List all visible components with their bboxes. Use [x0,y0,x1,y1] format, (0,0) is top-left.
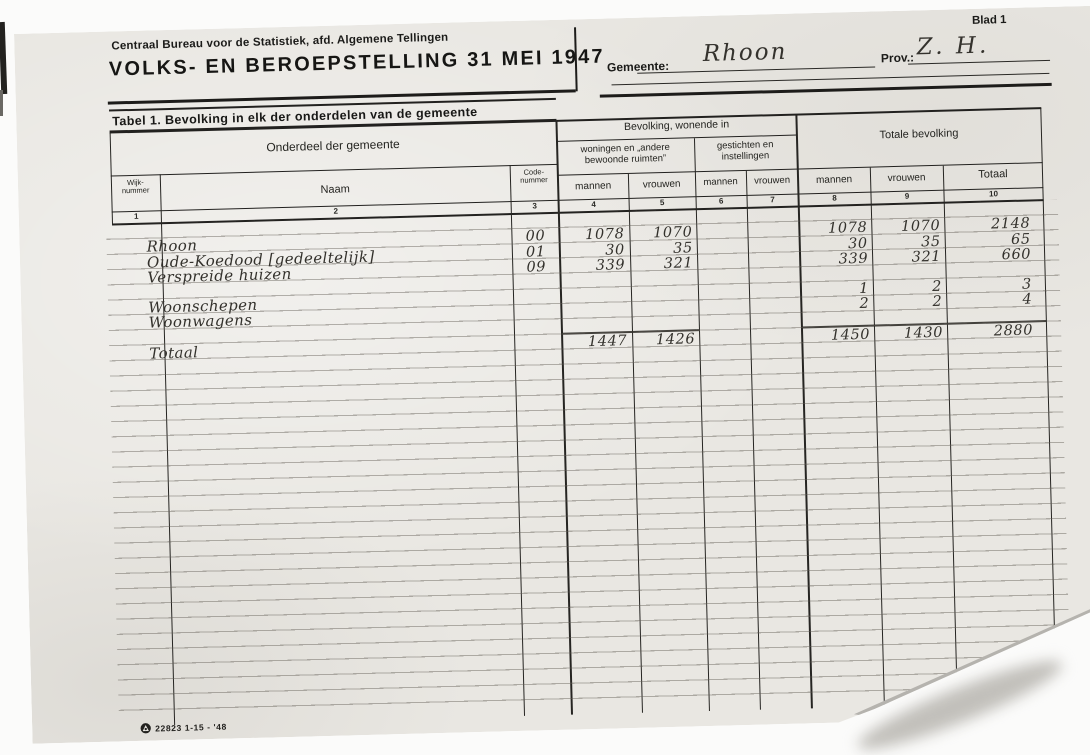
population-table: Tabel 1. Bevolking in elk der onderdelen… [107,7,1057,741]
column-number-6: 6 [719,196,724,205]
column-number-5: 5 [660,198,665,207]
column-header-10: Totaal [948,167,1038,182]
handwritten-totaal: 2880 [915,322,1033,341]
group-header-bevolking: Bevolking, wonende in [624,119,729,133]
column-number-2: 2 [333,207,338,216]
table-left-border [110,132,114,224]
column-number-8: 8 [832,194,837,203]
handwritten-entries: Rhoon0010781070107810702148Oude-Koedood … [107,7,1039,31]
column-number-9: 9 [905,192,910,201]
census-form-sheet: Centraal Bureau voor de Statistiek, afd.… [14,6,1090,744]
group-header-onderdeel: Onderdeel der gemeente [266,138,400,155]
column-header-4: mannen [558,180,628,193]
scan-edge-artifact-small [0,90,3,116]
handwritten-totaal: 660 [913,246,1031,265]
column-headers: Wijk-nummer1Naam2Code-nummer3mannen4vrou… [107,7,1039,31]
form-footer: 22823 1-15 - '48 [140,721,227,734]
column-number-1: 1 [134,212,139,221]
handwritten-won_v: 321 [593,255,693,274]
column-header-1: Wijk-nummer [115,178,155,196]
form-number: 22823 1-15 - '48 [155,721,227,733]
column-header-3: Code-nummer [513,168,555,186]
column-number-3: 3 [532,201,537,210]
scan-edge-artifact [0,22,7,94]
handwritten-won_v: 1426 [595,331,695,350]
cbs-logo-icon [140,723,151,734]
handwritten-totaal: 4 [914,292,1032,311]
group-header-totale: Totale bevolking [879,127,958,141]
onderdeel-bottom-rule [111,164,558,177]
group-header-gestichten: gestichten en instellingen [699,140,792,164]
table-top-rule-right [556,107,1041,121]
group-header-woningen: woningen en „andere bewoonde ruimten” [562,142,689,167]
column-number-7: 7 [770,195,775,204]
column-header-2: Naam [275,182,395,197]
column-number-10: 10 [989,189,998,198]
column-number-4: 4 [591,200,596,209]
column-header-5: vrouwen [627,178,697,191]
column-header-8: mannen [798,174,870,187]
column-header-7: vrouwen [746,176,798,188]
column-header-9: vrouwen [870,172,942,185]
column-header-6: mannen [695,177,747,189]
